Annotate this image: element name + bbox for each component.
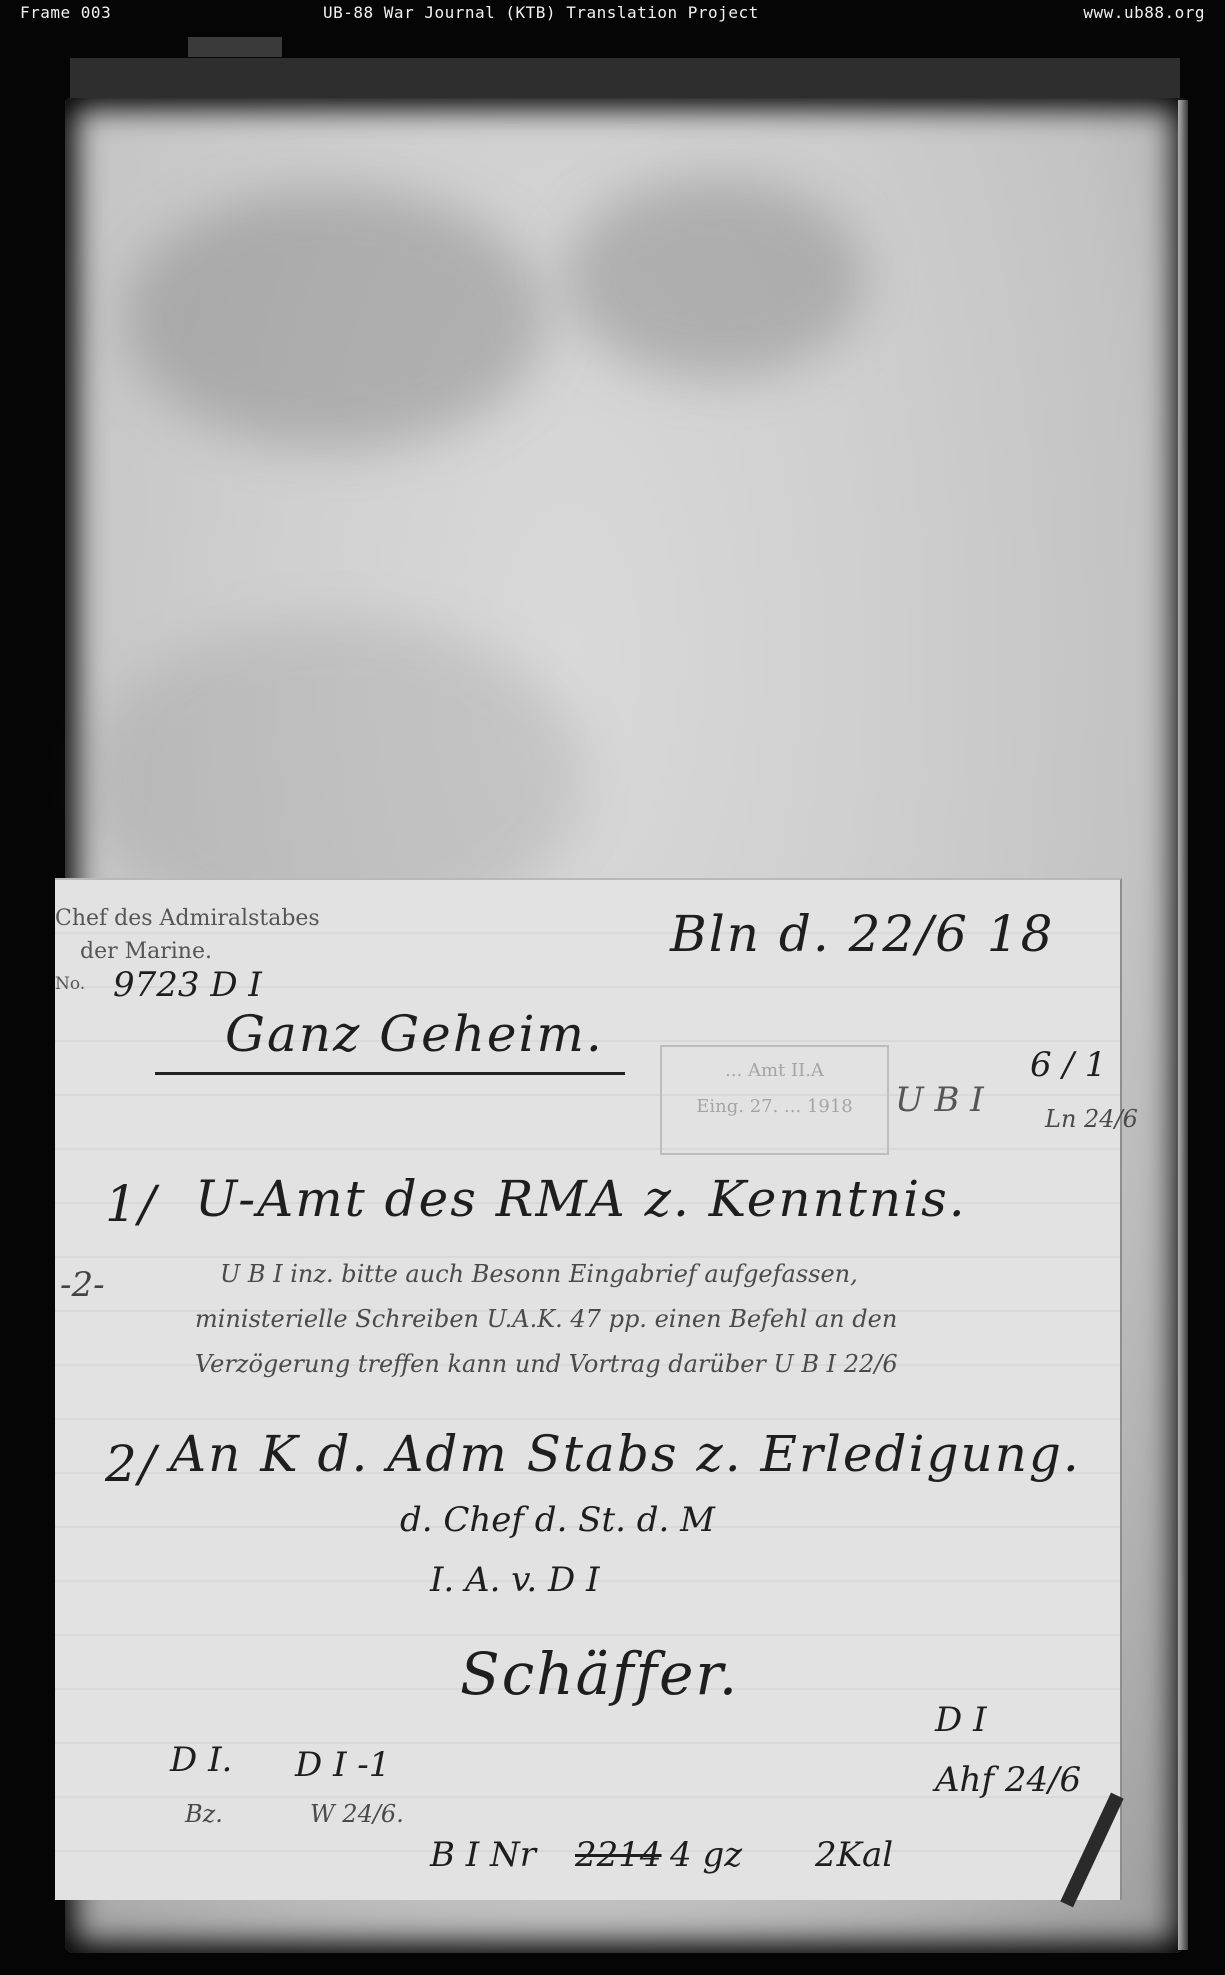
bottom-initials-1-sub: Bz.: [185, 1800, 223, 1828]
subnote-line-2: ministerielle Schreiben U.A.K. 47 pp. ei…: [195, 1305, 897, 1333]
item2-line3: I. A. v. D I: [430, 1560, 600, 1600]
film-strip-marker: [188, 37, 282, 57]
margin-fraction: 6 / 1: [1030, 1045, 1106, 1085]
bottom-initials-1: D I.: [170, 1740, 232, 1780]
file-ref-struck: 2214: [575, 1835, 662, 1875]
place-date: Bln d. 22/6 18: [670, 905, 1054, 963]
file-ref-suffix: 2Kal: [815, 1835, 893, 1875]
website-link[interactable]: www.ub88.org: [1083, 3, 1205, 22]
item2-number: 2/: [105, 1435, 158, 1493]
signature: Schäffer.: [460, 1640, 739, 1708]
subnote-marker: -2-: [60, 1265, 105, 1305]
item2-text: An K d. Adm Stabs z. Erledigung.: [170, 1425, 1081, 1483]
ub-reference: U B I: [895, 1080, 984, 1120]
subnote-line-1: U B I inz. bitte auch Besonn Eingabrief …: [220, 1260, 858, 1288]
classification: Ganz Geheim.: [225, 1005, 604, 1063]
memo-sheet: Chef des Admiralstabes der Marine. No. 9…: [55, 878, 1122, 1900]
item1-text: U-Amt des RMA z. Kenntnis.: [195, 1170, 967, 1228]
classification-underline: [155, 1072, 625, 1075]
item2-line2: d. Chef d. St. d. M: [400, 1500, 715, 1540]
item1-number: 1/: [105, 1175, 158, 1233]
bottom-initials-2-sub: W 24/6.: [310, 1800, 404, 1828]
bottom-initials-2: D I -1: [295, 1745, 390, 1785]
frame-label: Frame 003: [20, 3, 111, 22]
bottom-right-signature: Ahf 24/6: [935, 1760, 1081, 1800]
page-edge: [1178, 100, 1188, 1950]
page-stain: [125, 188, 545, 448]
frame-header: Frame 003 UB-88 War Journal (KTB) Transl…: [0, 0, 1225, 28]
project-title: UB-88 War Journal (KTB) Translation Proj…: [323, 3, 759, 22]
scanner-shadow-band: [70, 58, 1180, 102]
document-number: 9723 D I: [113, 965, 262, 1005]
stamp-line2: Eing. 27. ... 1918: [662, 1089, 887, 1125]
page-stain: [565, 178, 865, 378]
file-ref-prefix: B I Nr: [430, 1835, 536, 1875]
stamp-line1: ... Amt II.A: [662, 1053, 887, 1089]
receipt-stamp: ... Amt II.A Eing. 27. ... 1918: [660, 1045, 889, 1155]
bottom-right-initials: D I: [935, 1700, 987, 1740]
letterhead-line1: Chef des Admiralstabes: [55, 902, 375, 935]
file-ref-number: 4 gz: [670, 1835, 742, 1875]
letterhead-line2: der Marine.: [55, 935, 375, 968]
subnote-line-3: Verzögerung treffen kann und Vortrag dar…: [195, 1350, 898, 1378]
margin-initials: Ln 24/6: [1045, 1105, 1138, 1133]
